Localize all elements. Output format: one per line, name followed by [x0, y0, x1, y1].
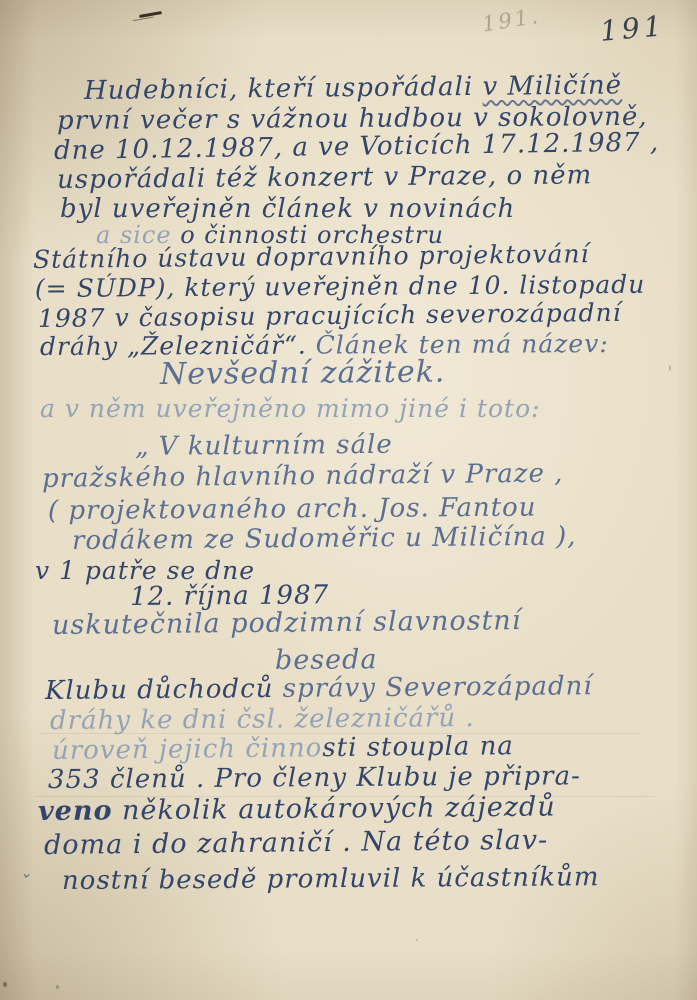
paper-speck: [669, 365, 671, 371]
handwritten-line: dne 10.12.1987, a ve Voticích 17.12.1987…: [54, 130, 660, 164]
handwritten-text-segment: úroveň jejich činno: [52, 733, 323, 766]
handwritten-text-segment: byl uveřejněn článek v novinách: [60, 194, 515, 224]
handwritten-line: dráhy ke dni čsl. železničářů .: [50, 705, 475, 734]
handwritten-line: nostní besedě promluvil k účastníkům: [62, 864, 600, 894]
handwritten-text-segment: Hudebníci, kteří uspořádali: [84, 72, 483, 106]
paper-speck: [416, 939, 418, 941]
handwritten-line: Nevšední zážitek.: [160, 358, 446, 390]
page-number-pencil-faint: 191.: [480, 4, 542, 37]
handwritten-line: Hudebníci, kteří uspořádali v Miličíně: [84, 72, 622, 104]
handwritten-line: a v něm uveřejněno mimo jiné i toto:: [40, 396, 541, 421]
handwritten-text-segment: dráhy ke dni čsl. železničářů .: [50, 703, 475, 736]
handwritten-line: veno několik autokárových zájezdů: [38, 793, 556, 825]
handwritten-line: byl uveřejněn článek v novinách: [60, 196, 515, 222]
handwritten-line: Klubu důchodců správy Severozápadní: [45, 673, 593, 704]
handwritten-line: pražského hlavního nádraží v Praze ,: [42, 461, 564, 492]
handwritten-text-segment: „ V kulturním sále: [135, 430, 393, 462]
handwritten-line: úroveň jejich činnosti stoupla na: [52, 733, 514, 764]
handwritten-text-segment: veno: [38, 795, 113, 827]
handwritten-line: rodákem ze Sudoměřic u Miličína ),: [72, 524, 577, 554]
handwritten-text-segment: uspořádali též konzert v Praze, o něm: [57, 160, 592, 195]
handwritten-text-segment: nostní besedě promluvil k účastníkům: [62, 862, 600, 896]
handwritten-text-segment: správy Severozápadní: [283, 671, 593, 704]
handwritten-line: „ V kulturním sále: [135, 432, 393, 460]
handwritten-text-segment: 1987 v časopisu pracujících severozápadn…: [38, 298, 622, 333]
page-number: 191: [599, 9, 667, 48]
handwritten-text-segment: několik autokárových zájezdů: [112, 791, 555, 826]
handwritten-line: doma i do zahraničí . Na této slav-: [44, 827, 548, 859]
handwritten-line: v 1 patře se dne: [35, 558, 255, 583]
handwritten-text-segment: doma i do zahraničí . Na této slav-: [44, 825, 549, 861]
paper-speck: [56, 985, 59, 989]
handwritten-text-segment: Nevšední zážitek.: [160, 355, 446, 392]
handwritten-text-segment: rodákem ze Sudoměřic u Miličína ),: [72, 522, 577, 556]
handwritten-line: Státního ústavu dopravního projektování: [33, 241, 590, 272]
handwritten-text-segment: sti stoupla na: [322, 731, 514, 763]
handwritten-line: uspořádali též konzert v Praze, o něm: [57, 162, 592, 193]
handwritten-text-segment: a v něm uveřejněno mimo jiné i toto:: [40, 394, 541, 423]
handwritten-text-segment: pražského hlavního nádraží v Praze ,: [42, 459, 564, 494]
handwritten-line: uskutečnila podzimní slavnostní: [52, 607, 522, 639]
margin-insert-mark: ˇ: [20, 872, 30, 894]
handwritten-line: 1987 v časopisu pracujících severozápadn…: [38, 300, 622, 331]
handwritten-text-segment: beseda: [275, 644, 378, 676]
handwritten-text-segment: uskutečnila podzimní slavnostní: [52, 605, 522, 641]
handwritten-text-segment: ( projektovaného arch. Jos. Fantou: [48, 493, 537, 526]
ink-smudge-mark: [139, 11, 162, 18]
scanned-manuscript-page: 191. 191 Hudebníci, kteří uspořádali v M…: [0, 0, 697, 1000]
handwritten-line: 353 členů . Pro členy Klubu je připra-: [48, 763, 581, 793]
handwritten-line: beseda: [275, 646, 378, 674]
handwritten-text-segment: v Miličíně: [482, 70, 622, 101]
handwritten-line: ( projektovaného arch. Jos. Fantou: [48, 495, 537, 524]
handwritten-text-segment: 353 členů . Pro členy Klubu je připra-: [48, 761, 581, 795]
paper-speck: [3, 982, 7, 987]
handwritten-text-segment: Státního ústavu dopravního projektování: [33, 239, 590, 274]
handwritten-text-segment: Klubu důchodců: [45, 674, 283, 706]
handwritten-line: 12. října 1987: [130, 582, 329, 610]
handwritten-line: (= SÚDP), který uveřejněn dne 10. listop…: [35, 272, 645, 301]
